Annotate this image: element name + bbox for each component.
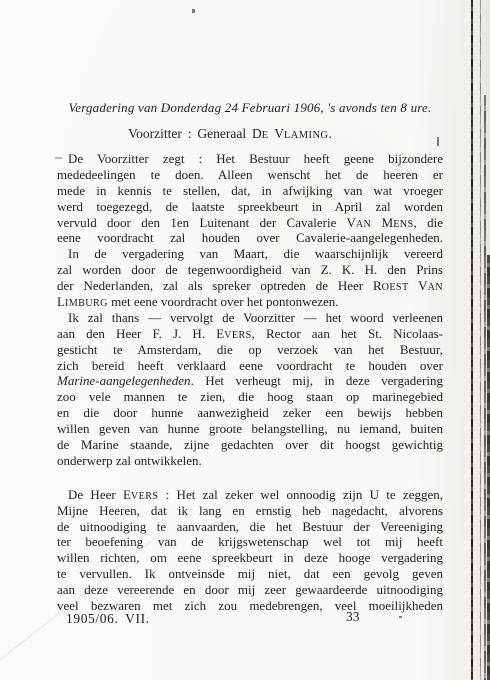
page-number: 33 <box>346 609 360 625</box>
small-caps-text: E <box>262 130 269 141</box>
italic-phrase: Marine-aangelegenheden <box>57 373 191 388</box>
text-line: Ik zal thans — vervolgt de Voorzitter — … <box>57 310 443 326</box>
small-caps-text: AN <box>356 219 371 230</box>
text-line: In de vergadering van Maart, die waarsch… <box>57 246 443 262</box>
small-caps-text: VERS <box>224 330 251 341</box>
scan-artifact <box>192 9 195 13</box>
scan-edge-line <box>471 0 473 680</box>
body-text: De Voorzitter zegt : Het Bestuur heeft g… <box>57 151 443 614</box>
scan-edge-line <box>484 95 486 680</box>
text-line: gesticht te Amsterdam, die op verzoek va… <box>57 342 443 358</box>
text-line: eene voordracht zal houden over Cavaleri… <box>57 230 443 246</box>
small-caps-text: OEST <box>382 282 409 293</box>
small-caps-text: IMBURG <box>65 298 108 309</box>
small-caps-text: AN <box>428 282 443 293</box>
text-line: mededeelingen te doen. Alleen wenscht he… <box>57 167 443 183</box>
scan-artifact <box>437 137 439 146</box>
text-line: werd toegezegd, de laatste spreekbeurt i… <box>57 199 443 215</box>
text-line: vervuld door den 1en Luitenant der Caval… <box>57 215 443 231</box>
paragraph: Ik zal thans — vervolgt de Voorzitter — … <box>57 310 443 469</box>
text-line: en die door hunne aanwezigheid zeker een… <box>57 405 443 421</box>
paragraph: In de vergadering van Maart, die waarsch… <box>57 246 443 310</box>
text-line: De Voorzitter zegt : Het Bestuur heeft g… <box>57 151 443 167</box>
scan-artifact <box>399 616 402 618</box>
text-line: Marine-aangelegenheden. Het verheugt mij… <box>57 373 443 389</box>
text-line: onderwerp zal ontwikkelen. <box>57 453 443 469</box>
text-line: LIMBURG met eene voordracht over het pon… <box>57 294 443 310</box>
text-line: willen geven van hunne groote belangstel… <box>57 421 443 437</box>
small-caps-text: VERS <box>131 491 158 502</box>
text-line: ter beoefening van de krijgswetenschap w… <box>57 534 443 550</box>
small-caps-text: ENS <box>393 219 413 230</box>
text-line: De Heer EVERS : Het zal zeker wel onnood… <box>57 487 443 503</box>
scan-edge-line <box>480 0 482 680</box>
volume-label: 1905/06. VII. <box>66 611 150 627</box>
text-line: aan deze vereerende en door mij zeer gew… <box>57 582 443 598</box>
text-line: der Nederlanden, zal als spreker optrede… <box>57 278 443 294</box>
small-caps-text: LAMING <box>284 130 328 141</box>
scan-artifact <box>55 157 62 159</box>
chairman-heading: Voorzitter : Generaal DE VLAMING. <box>37 126 423 142</box>
meeting-heading: Vergadering van Donderdag 24 Februari 19… <box>57 100 443 116</box>
text-line: de uitnoodiging te aanvaarden, die het B… <box>57 519 443 535</box>
text-line: Mijne Heeren, dat ik lang en ernstig heb… <box>57 503 443 519</box>
text-line: aan den Heer F. J. H. EVERS, Rector aan … <box>57 326 443 342</box>
text-line: de Marine staande, zijne gedachten over … <box>57 437 443 453</box>
scanned-page: Vergadering van Donderdag 24 Februari 19… <box>0 0 490 680</box>
paragraph: De Voorzitter zegt : Het Bestuur heeft g… <box>57 151 443 246</box>
paragraph: De Heer EVERS : Het zal zeker wel onnood… <box>57 487 443 614</box>
text-line: mede in kennis te stellen, dat, in afwij… <box>57 183 443 199</box>
text-line: zal worden door de tegenwoordigheid van … <box>57 262 443 278</box>
text-line: zoo vele mannen te zien, die hoog staan … <box>57 389 443 405</box>
text-line: zich bereid heeft verklaard eene voordra… <box>57 358 443 374</box>
text-line: willen richten, om eene spreekbeurt in d… <box>57 550 443 566</box>
